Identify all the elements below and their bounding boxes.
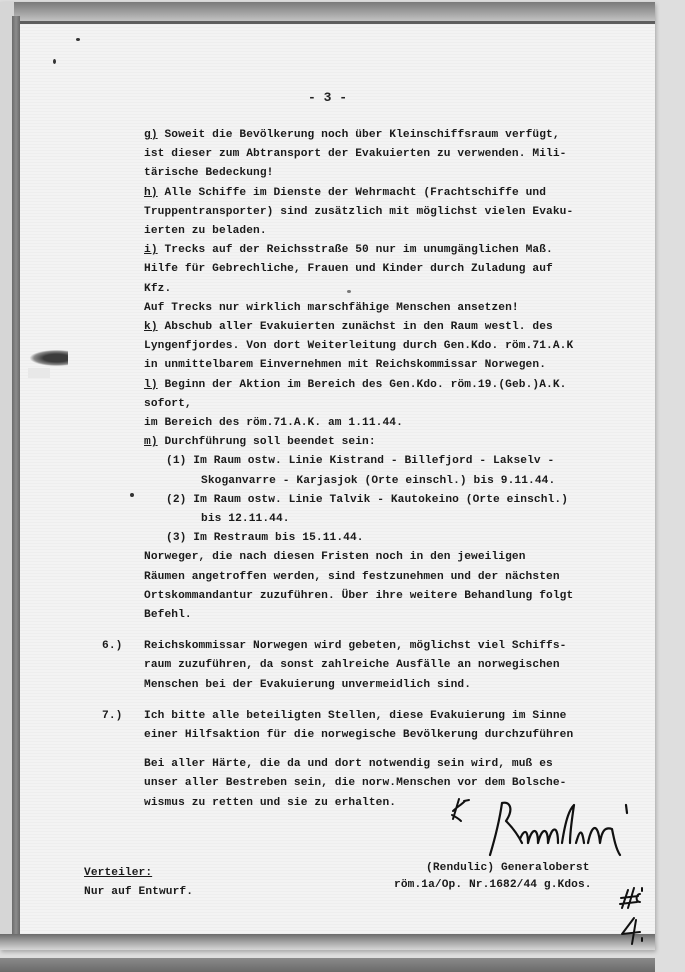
list-item-line: Auf Trecks nur wirklich marschfähige Men… [144,299,519,318]
next-page-preview [0,958,655,972]
paragraph-line: Ortskommandantur zuzuführen. Über ihre w… [144,587,573,606]
list-item-l: l) Beginn der Aktion im Bereich des Gen.… [144,376,566,395]
page-number: - 3 - [308,90,347,105]
scan-top-edge [14,2,655,24]
sub-item: (1) Im Raum ostw. Linie Kistrand - Bille… [166,452,554,471]
list-item-k: k) Abschub aller Evakuierten zunächst in… [144,318,553,337]
ink-speck [76,38,80,41]
list-item-m: m) Durchführung soll beendet sein: [144,433,376,452]
handwritten-signature [488,799,638,857]
paragraph-number: 7.) [102,707,122,726]
paragraph-line: Befehl. [144,606,192,625]
list-item-line: Hilfe für Gebrechliche, Frauen und Kinde… [144,260,553,279]
list-item-line: ierten zu beladen. [144,222,267,241]
ink-speck [347,290,351,293]
document-reference: röm.1a/Op. Nr.1682/44 g.Kdos. [394,876,592,895]
closing-line: wismus zu retten und sie zu erhalten. [144,794,396,813]
sub-item: (3) Im Restraum bis 15.11.44. [166,529,364,548]
paragraph-line: Räumen angetroffen werden, sind festzune… [144,568,560,587]
distribution-text: Nur auf Entwurf. [84,883,193,902]
handwritten-initial-mark [447,797,471,823]
scan-bottom-edge [0,934,655,950]
paragraph-line: Norweger, die nach diesen Fristen noch i… [144,548,526,567]
numbered-paragraph-line: Ich bitte alle beteiligten Stellen, dies… [144,707,566,726]
list-item-line: im Bereich des röm.71.A.K. am 1.11.44. [144,414,403,433]
item-label: m) [144,436,158,448]
list-item-line: ist dieser zum Abtransport der Evakuiert… [144,145,566,164]
item-label: l) [144,379,158,391]
list-item-h: h) Alle Schiffe im Dienste der Wehrmacht… [144,184,546,203]
distribution-heading: Verteiler: [84,864,152,883]
list-item-line: tärische Bedeckung! [144,164,273,183]
sub-item-line: bis 12.11.44. [201,510,290,529]
closing-line: Bei aller Härte, die da und dort notwend… [144,755,553,774]
list-item-line: Truppentransporter) sind zusätzlich mit … [144,203,573,222]
sub-item-line: Skoganvarre - Karjasjok (Orte einschl.) … [201,472,555,491]
item-label: i) [144,244,158,256]
handwritten-folio-number [618,886,648,946]
ink-speck [53,59,56,64]
punch-hole-label [28,368,50,378]
sub-item: (2) Im Raum ostw. Linie Talvik - Kautoke… [166,491,568,510]
item-label: g) [144,129,158,141]
numbered-paragraph-line: Reichskommissar Norwegen wird gebeten, m… [144,637,566,656]
list-item-line: Kfz. [144,280,171,299]
item-label: h) [144,187,158,199]
list-item-line: in unmittelbarem Einvernehmen mit Reichs… [144,356,546,375]
binding-strip [12,16,20,936]
ink-speck [130,493,134,497]
item-label: k) [144,321,158,333]
list-item-line: sofort, [144,395,192,414]
numbered-paragraph-line: raum zuzuführen, da sonst zahlreiche Aus… [144,656,560,675]
numbered-paragraph-line: Menschen bei der Evakuierung unvermeidli… [144,676,471,695]
list-item-line: Lyngenfjordes. Von dort Weiterleitung du… [144,337,573,356]
numbered-paragraph-line: einer Hilfsaktion für die norwegische Be… [144,726,573,745]
list-item-g: g) Soweit die Bevölkerung noch über Klei… [144,126,560,145]
closing-line: unser aller Bestreben sein, die norw.Men… [144,774,566,793]
paragraph-number: 6.) [102,637,122,656]
scanned-page: - 3 - g) Soweit die Bevölkerung noch übe… [0,2,655,950]
list-item-i: i) Trecks auf der Reichsstraße 50 nur im… [144,241,553,260]
punch-hole [30,350,68,366]
